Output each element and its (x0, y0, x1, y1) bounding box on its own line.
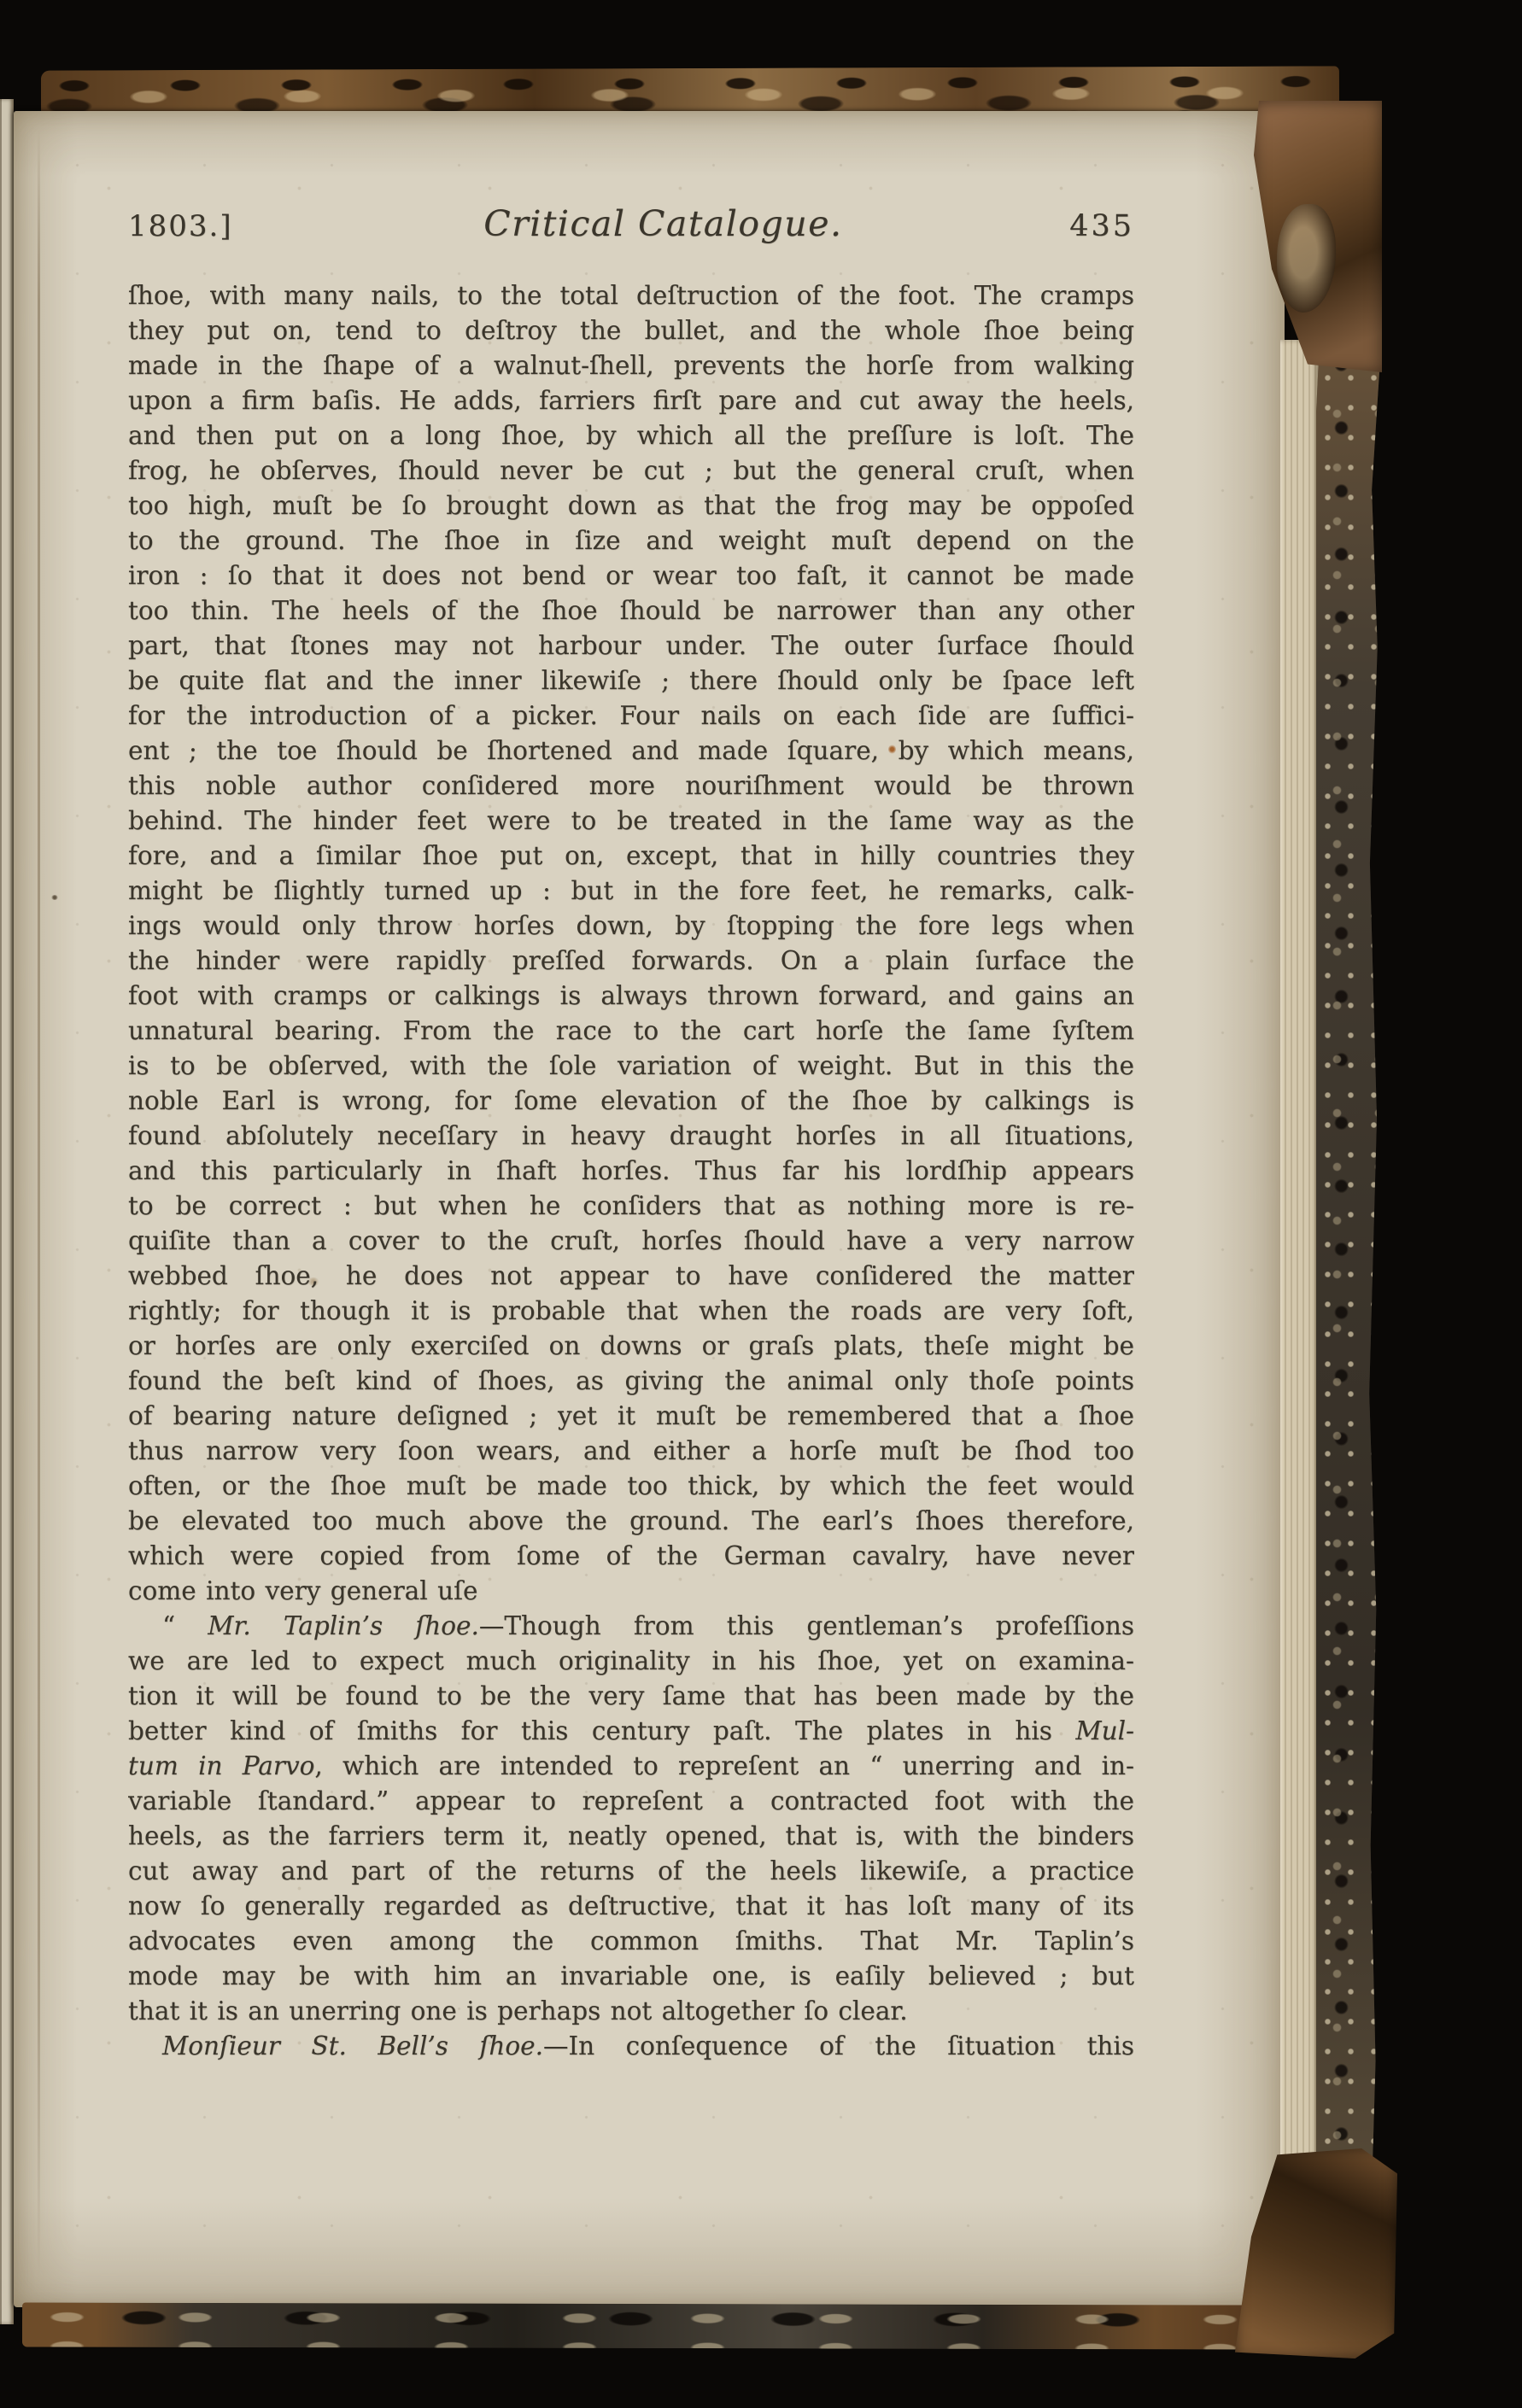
text-line: tum in Parvo, which are intended to repr… (128, 1749, 1134, 1784)
text-line: be elevated too much above the ground. T… (128, 1504, 1134, 1539)
text-line: fore, and a ſimilar ſhoe put on, except,… (128, 839, 1134, 874)
text-line: mode may be with him an invariable one, … (128, 1959, 1134, 1994)
text-line: Monſieur St. Bell’s ſhoe.—In conſequence… (128, 2029, 1134, 2064)
text-line: “ Mr. Taplin’s ſhoe.—Though from this ge… (128, 1609, 1134, 1644)
text-line: the hinder were rapidly preſſed forwards… (128, 944, 1134, 979)
text-line: behind. The hinder feet were to be treat… (128, 804, 1134, 839)
text-line: ſhoe, with many nails, to the total deſt… (128, 278, 1134, 313)
text-line: is to be obſerved, with the ſole variati… (128, 1049, 1134, 1084)
text-line: they put on, tend to deſtroy the bullet,… (128, 313, 1134, 348)
body-lines: ſhoe, with many nails, to the total deſt… (128, 278, 1134, 2064)
text-line: found abſolutely neceſſary in heavy drau… (128, 1119, 1134, 1154)
text-line: now ſo generally regarded as deſtructive… (128, 1889, 1134, 1924)
header-year: 1803.] (128, 209, 233, 243)
text-line: which were copied from ſome of the Germa… (128, 1539, 1134, 1574)
text-line: found the beſt kind of ſhoes, as giving … (128, 1364, 1134, 1399)
text-line: to the ground. The ſhoe in ſize and weig… (128, 523, 1134, 558)
paper-stain (51, 895, 58, 900)
text-line: this noble author conſidered more nouriſ… (128, 769, 1134, 804)
fore-edge (1280, 340, 1319, 2294)
text-line: or horſes are only exerciſed on downs or… (128, 1329, 1134, 1364)
marbled-board-edge (1316, 333, 1379, 2297)
header-title: Critical Catalogue. (483, 203, 842, 244)
text-line: cut away and part of the returns of the … (128, 1854, 1134, 1889)
text-line: for the introduction of a picker. Four n… (128, 698, 1134, 734)
text-line: better kind of ſmiths for this century p… (128, 1714, 1134, 1749)
bottom-binding-edge (22, 2302, 1254, 2349)
text-line: that it is an unerring one is perhaps no… (128, 1994, 1134, 2029)
header-page-number: 435 (1069, 209, 1134, 243)
text-line: often, or the ſhoe muſt be made too thic… (128, 1469, 1134, 1504)
text-line: and then put on a long ſhoe, by which al… (128, 418, 1134, 453)
text-line: of bearing nature deſigned ; yet it muſt… (128, 1399, 1134, 1434)
text-line: frog, he obſerves, ſhould never be cut ;… (128, 453, 1134, 488)
text-line: come into very general uſe (128, 1574, 1134, 1609)
text-line: made in the ſhape of a walnut-ſhell, pre… (128, 348, 1134, 383)
text-line: be quite flat and the inner likewiſe ; t… (128, 663, 1134, 698)
text-line: we are led to expect much originality in… (128, 1644, 1134, 1679)
text-line: webbed ſhoe, he does not appear to have … (128, 1259, 1134, 1294)
text-line: unnatural bearing. From the race to the … (128, 1014, 1134, 1049)
text-line: variable ſtandard.” appear to repreſent … (128, 1784, 1134, 1819)
text-line: ings would only throw horſes down, by ſt… (128, 909, 1134, 944)
text-line: too thin. The heels of the ſhoe ſhould b… (128, 593, 1134, 628)
text-line: part, that ſtones may not harbour under.… (128, 628, 1134, 663)
text-line: upon a firm baſis. He adds, farriers fir… (128, 383, 1134, 418)
text-line: and this particularly in ſhaft horſes. T… (128, 1154, 1134, 1189)
text-line: to be correct : but when he conſiders th… (128, 1189, 1134, 1224)
text-line: iron : ſo that it does not bend or wear … (128, 558, 1134, 593)
text-line: too high, muſt be ſo brought down as tha… (128, 488, 1134, 523)
text-line: noble Earl is wrong, for ſome elevation … (128, 1084, 1134, 1119)
text-line: thus narrow very ſoon wears, and either … (128, 1434, 1134, 1469)
text-line: rightly; for though it is probable that … (128, 1294, 1134, 1329)
text-line: tion it will be found to be the very ſam… (128, 1679, 1134, 1714)
text-line: advocates even among the common ſmiths. … (128, 1924, 1134, 1959)
text-line: quiſite than a cover to the cruſt, horſe… (128, 1224, 1134, 1259)
scan-background: { "header": { "year_bracket": "1803.]", … (0, 0, 1522, 2408)
text-line: foot with cramps or calkings is always t… (128, 979, 1134, 1014)
page-header: 1803.] Critical Catalogue. 435 (128, 203, 1134, 244)
left-page-sliver (0, 99, 14, 2324)
gutter-crease (38, 128, 40, 2280)
text-line: heels, as the farriers term it, neatly o… (128, 1819, 1134, 1854)
text-line: might be ſlightly turned up : but in the… (128, 874, 1134, 909)
text-line: ent ; the toe ſhould be ſhortened and ma… (128, 734, 1134, 769)
